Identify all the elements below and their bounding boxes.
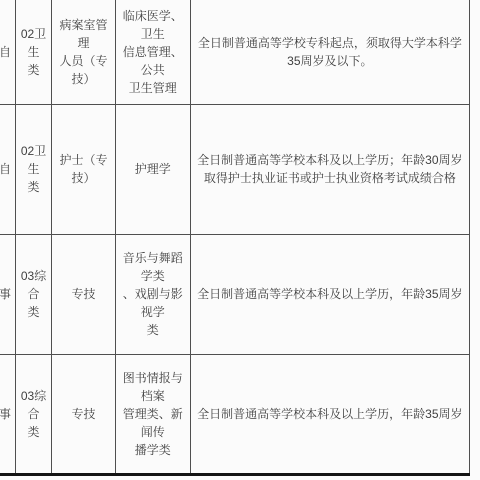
recruitment-table: 自 02卫生 类 病案室管理 人员（专 技） 临床医学、卫生 信息管理、公共 卫…: [0, 0, 470, 476]
cell-requirements: 全日制普通高等学校本科及以上学历；年龄30周岁 取得护士执业证书或护士执业资格考…: [190, 104, 469, 234]
cell-unit-type: 事: [0, 234, 15, 354]
cell-unit-type: 自: [0, 0, 15, 104]
cell-requirements: 全日制普通高等学校本科及以上学历，年龄35周岁: [190, 234, 469, 354]
cell-major: 护理学: [115, 104, 190, 234]
cell-major: 图书情报与档案 管理类、新闻传 播学类: [115, 354, 190, 474]
cell-category: 03综合 类: [15, 234, 51, 354]
cell-requirements: 全日制普通高等学校专科起点，须取得大学本科学 35周岁及以下。: [190, 0, 469, 104]
table-row: 自 02卫生 类 护士（专 技） 护理学 全日制普通高等学校本科及以上学历；年龄…: [0, 104, 470, 234]
cell-category: 02卫生 类: [15, 0, 51, 104]
cell-category: 02卫生 类: [15, 104, 51, 234]
table-row: 自 02卫生 类 病案室管理 人员（专 技） 临床医学、卫生 信息管理、公共 卫…: [0, 0, 470, 104]
cell-unit-type: 自: [0, 104, 15, 234]
table-row: 事 03综合 类 专技 图书情报与档案 管理类、新闻传 播学类 全日制普通高等学…: [0, 354, 470, 474]
cell-post-title: 专技: [52, 354, 116, 474]
cell-category: 03综合 类: [15, 354, 51, 474]
cell-post-title: 病案室管理 人员（专 技）: [52, 0, 116, 104]
cell-post-title: 专技: [52, 234, 116, 354]
cell-unit-type: 事: [0, 354, 15, 474]
cell-requirements: 全日制普通高等学校本科及以上学历，年龄35周岁: [190, 354, 469, 474]
cell-post-title: 护士（专 技）: [52, 104, 116, 234]
table-row: 事 03综合 类 专技 音乐与舞蹈学类 、戏剧与影视学 类 全日制普通高等学校本…: [0, 234, 470, 354]
cell-major: 临床医学、卫生 信息管理、公共 卫生管理: [115, 0, 190, 104]
document-page: 自 02卫生 类 病案室管理 人员（专 技） 临床医学、卫生 信息管理、公共 卫…: [0, 0, 480, 480]
cell-major: 音乐与舞蹈学类 、戏剧与影视学 类: [115, 234, 190, 354]
